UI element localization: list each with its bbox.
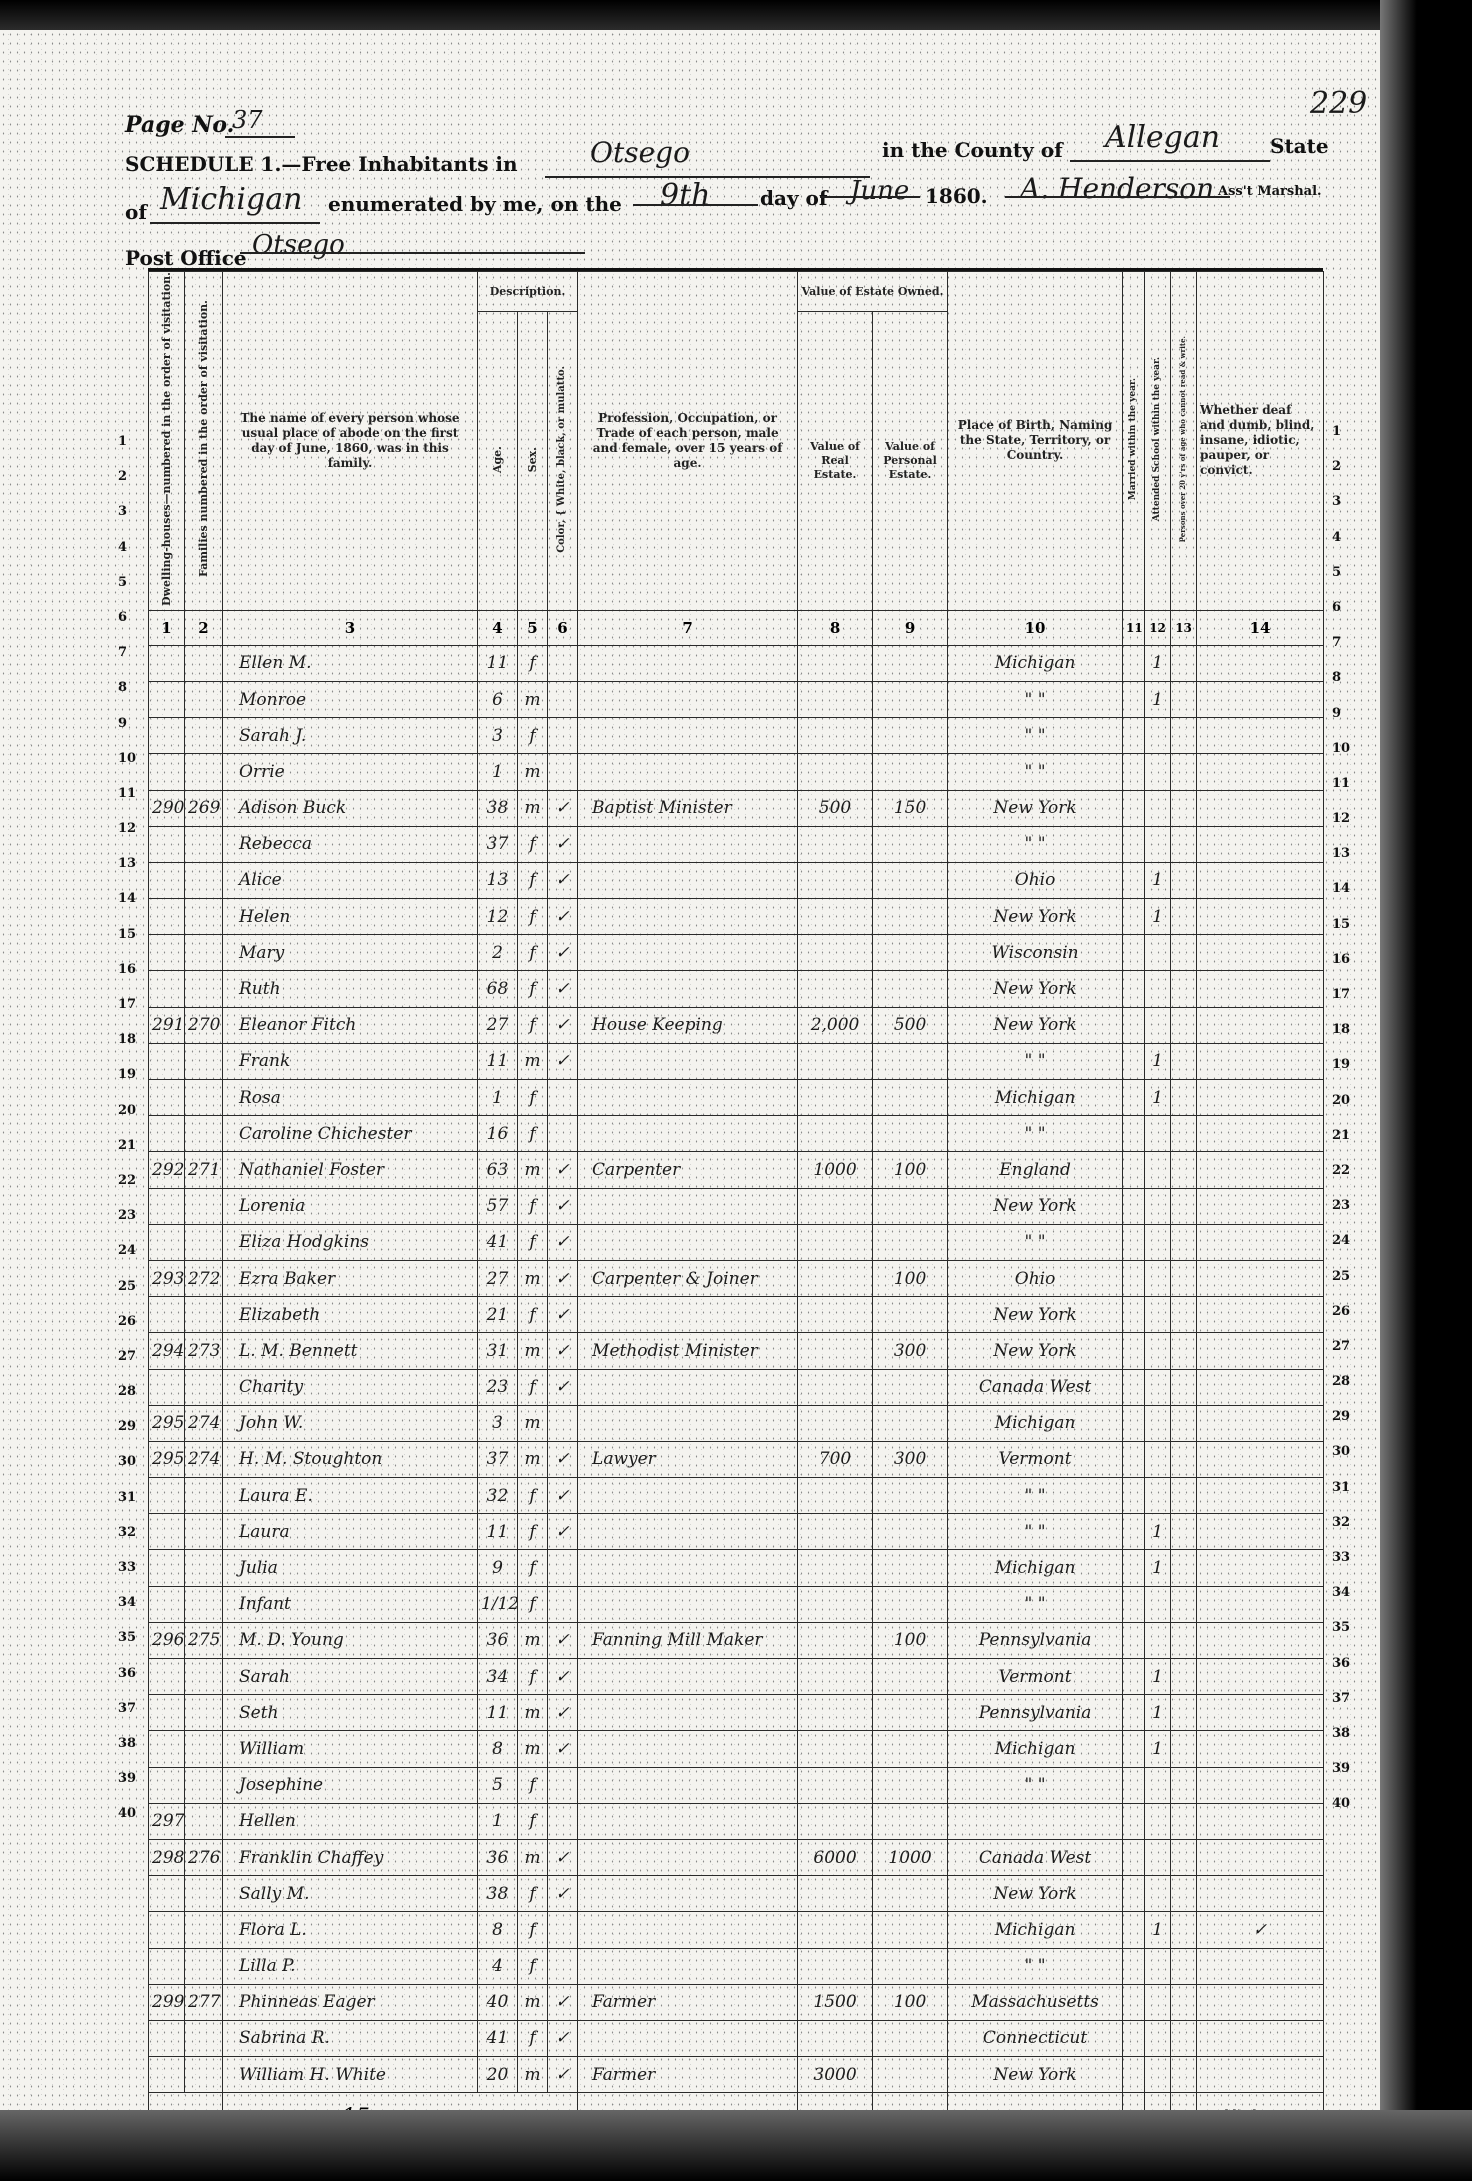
- birthplace: New York: [948, 790, 1123, 826]
- age: 36: [478, 1622, 518, 1658]
- disability-mark: [1197, 1043, 1324, 1079]
- sex: m: [518, 754, 548, 790]
- col-number: 3: [223, 610, 478, 645]
- real-estate-value: [798, 899, 873, 935]
- line-number: 3: [1332, 494, 1362, 529]
- line-number: 25: [118, 1269, 144, 1304]
- disability-mark: [1197, 2020, 1324, 2056]
- married-mark: [1123, 1876, 1145, 1912]
- col-number: 4: [478, 610, 518, 645]
- occupation: Farmer: [578, 2057, 798, 2093]
- age: 1: [478, 754, 518, 790]
- line-number: 5: [118, 565, 144, 600]
- family-number: 275: [185, 1622, 223, 1658]
- person-name: Sabrina R.: [223, 2020, 478, 2056]
- birthplace: " ": [948, 1514, 1123, 1550]
- personal-estate-value: [873, 935, 948, 971]
- disability-mark: [1197, 1695, 1324, 1731]
- personal-estate-value: [873, 1550, 948, 1586]
- married-mark: [1123, 1260, 1145, 1296]
- person-name: Franklin Chaffey: [223, 1839, 478, 1875]
- table-row: Seth 11 m ✓ Pennsylvania 1: [149, 1695, 1324, 1731]
- line-number: 22: [118, 1163, 144, 1198]
- occupation: Fanning Mill Maker: [578, 1622, 798, 1658]
- line-number: 28: [118, 1374, 144, 1409]
- county-line: [1070, 160, 1270, 162]
- married-mark: [1123, 2020, 1145, 2056]
- age: 4: [478, 1948, 518, 1984]
- personal-estate-value: [873, 2057, 948, 2093]
- disability-mark: [1197, 1152, 1324, 1188]
- real-estate-value: [798, 1369, 873, 1405]
- sex: f: [518, 862, 548, 898]
- disability-mark: [1197, 862, 1324, 898]
- age: 27: [478, 1007, 518, 1043]
- personal-estate-value: [873, 1405, 948, 1441]
- personal-estate-value: [873, 1369, 948, 1405]
- line-number: 36: [1332, 1656, 1362, 1691]
- dwelling-number: [149, 1731, 185, 1767]
- dwelling-number: [149, 2057, 185, 2093]
- post-office: Otsego: [252, 230, 345, 260]
- sex: f: [518, 1478, 548, 1514]
- description-group-header: Description.: [478, 272, 578, 312]
- age: 57: [478, 1188, 518, 1224]
- color-mark: ✓: [548, 1297, 578, 1333]
- color-mark: [548, 754, 578, 790]
- person-name: Flora L.: [223, 1912, 478, 1948]
- married-mark: [1123, 1659, 1145, 1695]
- state-name: Michigan: [160, 182, 302, 217]
- person-name: Julia: [223, 1550, 478, 1586]
- family-number: [185, 971, 223, 1007]
- disability-mark: [1197, 1514, 1324, 1550]
- page-number-label: Page No.: [125, 112, 234, 138]
- family-number: [185, 1803, 223, 1839]
- col-number: 13: [1171, 610, 1197, 645]
- disability-mark: [1197, 1369, 1324, 1405]
- illiterate-mark: [1171, 862, 1197, 898]
- age: 2: [478, 935, 518, 971]
- col-family-header: Families numbered in the order of visita…: [185, 272, 223, 611]
- sex: f: [518, 1550, 548, 1586]
- family-number: [185, 2020, 223, 2056]
- person-name: William H. White: [223, 2057, 478, 2093]
- col-number: 14: [1197, 610, 1324, 645]
- married-mark: [1123, 1622, 1145, 1658]
- family-number: [185, 754, 223, 790]
- married-mark: [1123, 1080, 1145, 1116]
- age: 20: [478, 2057, 518, 2093]
- illiterate-mark: [1171, 1224, 1197, 1260]
- real-estate-value: [798, 718, 873, 754]
- line-number: 34: [118, 1585, 144, 1620]
- family-number: [185, 1369, 223, 1405]
- person-name: Lilla P.: [223, 1948, 478, 1984]
- line-number: 27: [1332, 1339, 1362, 1374]
- married-mark: [1123, 1912, 1145, 1948]
- birthplace: " ": [948, 1948, 1123, 1984]
- school-mark: [1145, 1948, 1171, 1984]
- line-number: 15: [1332, 917, 1362, 952]
- col-occupation-header: Profession, Occupation, or Trade of each…: [578, 272, 798, 611]
- birthplace: Connecticut: [948, 2020, 1123, 2056]
- occupation: [578, 899, 798, 935]
- sex: f: [518, 2020, 548, 2056]
- person-name: Ruth: [223, 971, 478, 1007]
- school-mark: [1145, 1224, 1171, 1260]
- occupation: [578, 1767, 798, 1803]
- color-mark: ✓: [548, 2020, 578, 2056]
- color-mark: [548, 718, 578, 754]
- sex: f: [518, 718, 548, 754]
- disability-mark: [1197, 645, 1324, 681]
- real-estate-value: [798, 1514, 873, 1550]
- table-row: 292 271 Nathaniel Foster 63 m ✓ Carpente…: [149, 1152, 1324, 1188]
- school-mark: 1: [1145, 899, 1171, 935]
- school-mark: 1: [1145, 1695, 1171, 1731]
- personal-estate-value: [873, 862, 948, 898]
- table-row: Frank 11 m ✓ " " 1: [149, 1043, 1324, 1079]
- sex: f: [518, 899, 548, 935]
- birthplace: Ohio: [948, 862, 1123, 898]
- real-estate-value: [798, 1767, 873, 1803]
- color-mark: ✓: [548, 1369, 578, 1405]
- personal-estate-value: [873, 1767, 948, 1803]
- family-number: [185, 1912, 223, 1948]
- birthplace: Vermont: [948, 1441, 1123, 1477]
- personal-estate-value: [873, 645, 948, 681]
- personal-estate-value: 100: [873, 1260, 948, 1296]
- school-mark: [1145, 790, 1171, 826]
- table-row: William H. White 20 m ✓ Farmer 3000 New …: [149, 2057, 1324, 2093]
- line-number: 24: [118, 1233, 144, 1268]
- table-row: Charity 23 f ✓ Canada West: [149, 1369, 1324, 1405]
- age: 3: [478, 718, 518, 754]
- state-line: [150, 222, 320, 224]
- real-estate-value: [798, 1803, 873, 1839]
- personal-estate-value: [873, 1116, 948, 1152]
- col-age-header: Age.: [478, 312, 518, 610]
- birthplace: " ": [948, 718, 1123, 754]
- school-mark: [1145, 754, 1171, 790]
- birthplace: Pennsylvania: [948, 1695, 1123, 1731]
- real-estate-value: 1000: [798, 1152, 873, 1188]
- age: 12: [478, 899, 518, 935]
- color-mark: ✓: [548, 1478, 578, 1514]
- person-name: Hellen: [223, 1803, 478, 1839]
- color-mark: ✓: [548, 1622, 578, 1658]
- illiterate-mark: [1171, 1876, 1197, 1912]
- school-mark: [1145, 1586, 1171, 1622]
- line-number: 29: [118, 1409, 144, 1444]
- color-mark: [548, 1116, 578, 1152]
- married-mark: [1123, 2057, 1145, 2093]
- table-row: Laura E. 32 f ✓ " ": [149, 1478, 1324, 1514]
- real-estate-value: [798, 1550, 873, 1586]
- family-number: [185, 2057, 223, 2093]
- dwelling-number: 296: [149, 1622, 185, 1658]
- real-estate-value: [798, 1948, 873, 1984]
- married-mark: [1123, 1767, 1145, 1803]
- table-row: 295 274 John W. 3 m Michigan: [149, 1405, 1324, 1441]
- page-number: 37: [232, 106, 263, 134]
- family-number: 273: [185, 1333, 223, 1369]
- line-number: 7: [1332, 635, 1362, 670]
- illiterate-mark: [1171, 754, 1197, 790]
- illiterate-mark: [1171, 1948, 1197, 1984]
- family-number: [185, 1695, 223, 1731]
- school-mark: [1145, 1984, 1171, 2020]
- color-mark: [548, 1803, 578, 1839]
- age: 11: [478, 1695, 518, 1731]
- real-estate-value: [798, 1478, 873, 1514]
- real-estate-value: [798, 1912, 873, 1948]
- post-office-line: [240, 252, 585, 254]
- occupation: Carpenter & Joiner: [578, 1260, 798, 1296]
- dwelling-number: [149, 1297, 185, 1333]
- line-number: 20: [1332, 1093, 1362, 1128]
- birthplace: " ": [948, 826, 1123, 862]
- school-mark: [1145, 1297, 1171, 1333]
- color-mark: [548, 1405, 578, 1441]
- line-number: 33: [118, 1550, 144, 1585]
- family-number: 272: [185, 1260, 223, 1296]
- real-estate-value: [798, 971, 873, 1007]
- birthplace: Michigan: [948, 1080, 1123, 1116]
- family-number: 271: [185, 1152, 223, 1188]
- line-number: 13: [1332, 846, 1362, 881]
- sex: f: [518, 1297, 548, 1333]
- disability-mark: [1197, 1224, 1324, 1260]
- occupation: [578, 1478, 798, 1514]
- line-number: 21: [1332, 1128, 1362, 1163]
- school-mark: [1145, 1622, 1171, 1658]
- sex: f: [518, 1948, 548, 1984]
- line-number: 8: [1332, 670, 1362, 705]
- real-estate-value: [798, 1622, 873, 1658]
- dwelling-number: [149, 1876, 185, 1912]
- line-number: 33: [1332, 1550, 1362, 1585]
- line-number: 19: [1332, 1057, 1362, 1092]
- dwelling-number: 298: [149, 1839, 185, 1875]
- right-line-numbers: 1234567891011121314151617181920212223242…: [1332, 424, 1362, 1832]
- age: 13: [478, 862, 518, 898]
- sex: f: [518, 971, 548, 1007]
- color-mark: ✓: [548, 1514, 578, 1550]
- line-number: 9: [1332, 706, 1362, 741]
- person-name: Helen: [223, 899, 478, 935]
- table-row: Flora L. 8 f Michigan 1 ✓: [149, 1912, 1324, 1948]
- real-estate-value: [798, 1876, 873, 1912]
- color-mark: ✓: [548, 1695, 578, 1731]
- occupation: [578, 645, 798, 681]
- sex: f: [518, 1586, 548, 1622]
- table-row: Lorenia 57 f ✓ New York: [149, 1188, 1324, 1224]
- table-row: Sarah J. 3 f " ": [149, 718, 1324, 754]
- school-mark: [1145, 1188, 1171, 1224]
- school-mark: [1145, 1333, 1171, 1369]
- married-mark: [1123, 1188, 1145, 1224]
- personal-estate-value: [873, 1514, 948, 1550]
- age: 27: [478, 1260, 518, 1296]
- sex: m: [518, 681, 548, 717]
- family-number: 274: [185, 1405, 223, 1441]
- family-number: [185, 1731, 223, 1767]
- married-mark: [1123, 645, 1145, 681]
- day-line: [633, 204, 758, 206]
- line-number: 11: [1332, 776, 1362, 811]
- occupation: [578, 1405, 798, 1441]
- personal-estate-value: 1000: [873, 1839, 948, 1875]
- disability-mark: [1197, 718, 1324, 754]
- school-mark: [1145, 971, 1171, 1007]
- sex: m: [518, 1441, 548, 1477]
- disability-mark: [1197, 1080, 1324, 1116]
- personal-estate-value: 150: [873, 790, 948, 826]
- col-number: 6: [548, 610, 578, 645]
- page-number-line: [225, 136, 295, 138]
- col-birthplace-header: Place of Birth, Naming the State, Territ…: [948, 272, 1123, 611]
- age: 36: [478, 1839, 518, 1875]
- disability-mark: [1197, 1803, 1324, 1839]
- disability-mark: [1197, 1007, 1324, 1043]
- table-row: 297 Hellen 1 f: [149, 1803, 1324, 1839]
- line-number: 35: [118, 1620, 144, 1655]
- color-mark: ✓: [548, 1260, 578, 1296]
- line-number: 23: [1332, 1198, 1362, 1233]
- line-number: 8: [118, 670, 144, 705]
- line-number: 18: [1332, 1022, 1362, 1057]
- color-mark: ✓: [548, 826, 578, 862]
- age: 5: [478, 1767, 518, 1803]
- illiterate-mark: [1171, 1188, 1197, 1224]
- line-number: 35: [1332, 1620, 1362, 1655]
- occupation: [578, 1369, 798, 1405]
- occupation: House Keeping: [578, 1007, 798, 1043]
- person-name: Caroline Chichester: [223, 1116, 478, 1152]
- person-name: Nathaniel Foster: [223, 1152, 478, 1188]
- sex: f: [518, 1876, 548, 1912]
- table-row: Lilla P. 4 f " ": [149, 1948, 1324, 1984]
- age: 40: [478, 1984, 518, 2020]
- table-row: Sabrina R. 41 f ✓ Connecticut: [149, 2020, 1324, 2056]
- school-mark: 1: [1145, 1731, 1171, 1767]
- line-number: 29: [1332, 1409, 1362, 1444]
- sex: f: [518, 1369, 548, 1405]
- col-number: 12: [1145, 610, 1171, 645]
- occupation: [578, 718, 798, 754]
- color-mark: ✓: [548, 790, 578, 826]
- line-number: 3: [118, 494, 144, 529]
- line-number: 2: [118, 459, 144, 494]
- color-mark: ✓: [548, 1188, 578, 1224]
- school-mark: 1: [1145, 645, 1171, 681]
- personal-estate-value: [873, 2020, 948, 2056]
- line-number: 25: [1332, 1269, 1362, 1304]
- person-name: Josephine: [223, 1767, 478, 1803]
- personal-estate-value: [873, 681, 948, 717]
- illiterate-mark: [1171, 1731, 1197, 1767]
- line-number: 23: [118, 1198, 144, 1233]
- color-mark: ✓: [548, 2057, 578, 2093]
- col-married-header: Married within the year.: [1123, 272, 1145, 611]
- table-row: Orrie 1 m " ": [149, 754, 1324, 790]
- col-dwelling-header: Dwelling-houses—numbered in the order of…: [149, 272, 185, 611]
- table-row: Julia 9 f Michigan 1: [149, 1550, 1324, 1586]
- person-name: Eleanor Fitch: [223, 1007, 478, 1043]
- family-number: 270: [185, 1007, 223, 1043]
- family-number: [185, 826, 223, 862]
- disability-mark: [1197, 1188, 1324, 1224]
- color-mark: [548, 1948, 578, 1984]
- married-mark: [1123, 1550, 1145, 1586]
- person-name: Eliza Hodgkins: [223, 1224, 478, 1260]
- illiterate-mark: [1171, 1767, 1197, 1803]
- birthplace: Canada West: [948, 1839, 1123, 1875]
- disability-mark: [1197, 1839, 1324, 1875]
- illiterate-mark: [1171, 1333, 1197, 1369]
- line-number: 38: [118, 1726, 144, 1761]
- person-name: Phinneas Eager: [223, 1984, 478, 2020]
- line-number: 21: [118, 1128, 144, 1163]
- dwelling-number: [149, 899, 185, 935]
- line-number: 5: [1332, 565, 1362, 600]
- family-number: [185, 1478, 223, 1514]
- line-number: 14: [118, 881, 144, 916]
- line-number: 22: [1332, 1163, 1362, 1198]
- personal-estate-value: [873, 1731, 948, 1767]
- school-mark: 1: [1145, 862, 1171, 898]
- married-mark: [1123, 1514, 1145, 1550]
- col-number: 7: [578, 610, 798, 645]
- enumeration-month: June: [850, 176, 909, 206]
- married-mark: [1123, 1369, 1145, 1405]
- census-rows: Ellen M. 11 f Michigan 1 Monroe 6 m " " …: [149, 645, 1324, 2093]
- col-personal-estate-header: Value of Personal Estate.: [873, 312, 948, 610]
- real-estate-value: [798, 862, 873, 898]
- disability-mark: [1197, 1622, 1324, 1658]
- school-mark: [1145, 1767, 1171, 1803]
- birthplace: " ": [948, 1043, 1123, 1079]
- person-name: Rosa: [223, 1080, 478, 1116]
- dwelling-number: 293: [149, 1260, 185, 1296]
- person-name: H. M. Stoughton: [223, 1441, 478, 1477]
- occupation: [578, 1659, 798, 1695]
- married-mark: [1123, 1478, 1145, 1514]
- personal-estate-value: [873, 1912, 948, 1948]
- married-mark: [1123, 971, 1145, 1007]
- real-estate-value: [798, 1188, 873, 1224]
- school-mark: 1: [1145, 1080, 1171, 1116]
- married-mark: [1123, 790, 1145, 826]
- school-mark: [1145, 1405, 1171, 1441]
- line-number: 9: [118, 706, 144, 741]
- real-estate-value: [798, 2020, 873, 2056]
- dwelling-number: [149, 1116, 185, 1152]
- birthplace: New York: [948, 1007, 1123, 1043]
- line-number: 1: [1332, 424, 1362, 459]
- col-number: 9: [873, 610, 948, 645]
- personal-estate-value: [873, 1297, 948, 1333]
- dwelling-number: [149, 971, 185, 1007]
- of-label: of: [125, 200, 147, 224]
- disability-mark: [1197, 1659, 1324, 1695]
- school-mark: [1145, 2020, 1171, 2056]
- age: 68: [478, 971, 518, 1007]
- age: 38: [478, 1876, 518, 1912]
- disability-mark: [1197, 1586, 1324, 1622]
